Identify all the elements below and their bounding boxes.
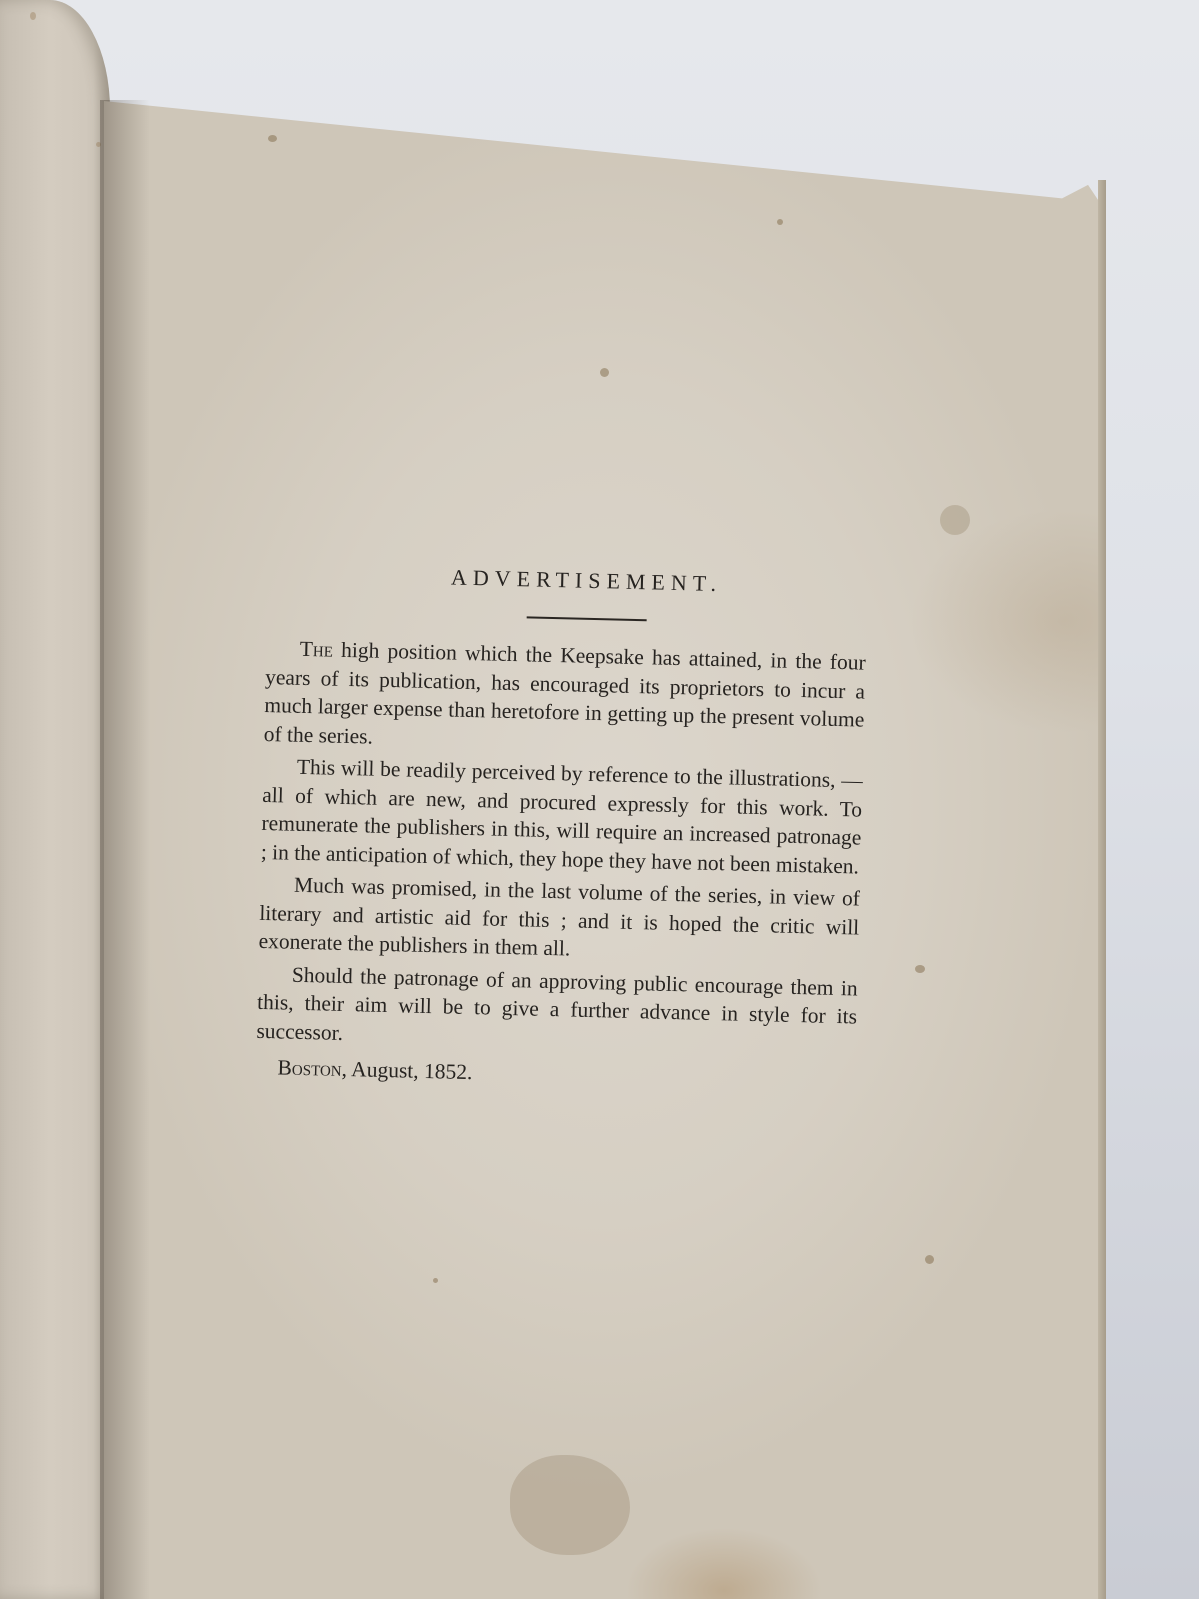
- foxing-spot: [433, 1278, 438, 1283]
- foxing-spot: [96, 142, 101, 147]
- heading-rule: [527, 616, 647, 621]
- paragraph-lead: The: [300, 637, 334, 662]
- paragraph-text: high position which the Keepsake has att…: [263, 638, 865, 748]
- paragraph-text: This will be readily perceived by refere…: [261, 755, 863, 878]
- paragraph-text: Should the patronage of an approving pub…: [256, 962, 858, 1044]
- book-photo: ADVERTISEMENT. The high position which t…: [0, 0, 1199, 1599]
- paragraph-2: This will be readily perceived by refere…: [261, 752, 864, 881]
- water-stain: [510, 1455, 630, 1555]
- foxing-spot: [925, 1255, 934, 1264]
- foxing-spot: [915, 965, 925, 973]
- advertisement-text: ADVERTISEMENT. The high position which t…: [255, 560, 868, 1096]
- foxing-spot: [600, 368, 609, 377]
- signature-date: , August, 1852.: [341, 1057, 472, 1084]
- paragraph-3: Much was promised, in the last volume of…: [258, 870, 860, 970]
- foxing-spot: [777, 219, 783, 225]
- page-fore-edge: [1098, 180, 1106, 1599]
- paragraph-4: Should the patronage of an approving pub…: [256, 959, 858, 1059]
- paragraph-1: The high position which the Keepsake has…: [263, 634, 866, 763]
- foxing-spot: [30, 12, 36, 20]
- foxing-spot: [268, 135, 277, 142]
- foxing-spot: [940, 505, 970, 535]
- signature-place: Boston: [277, 1055, 342, 1081]
- paragraph-text: Much was promised, in the last volume of…: [258, 873, 860, 961]
- left-page-edge: [0, 0, 110, 1599]
